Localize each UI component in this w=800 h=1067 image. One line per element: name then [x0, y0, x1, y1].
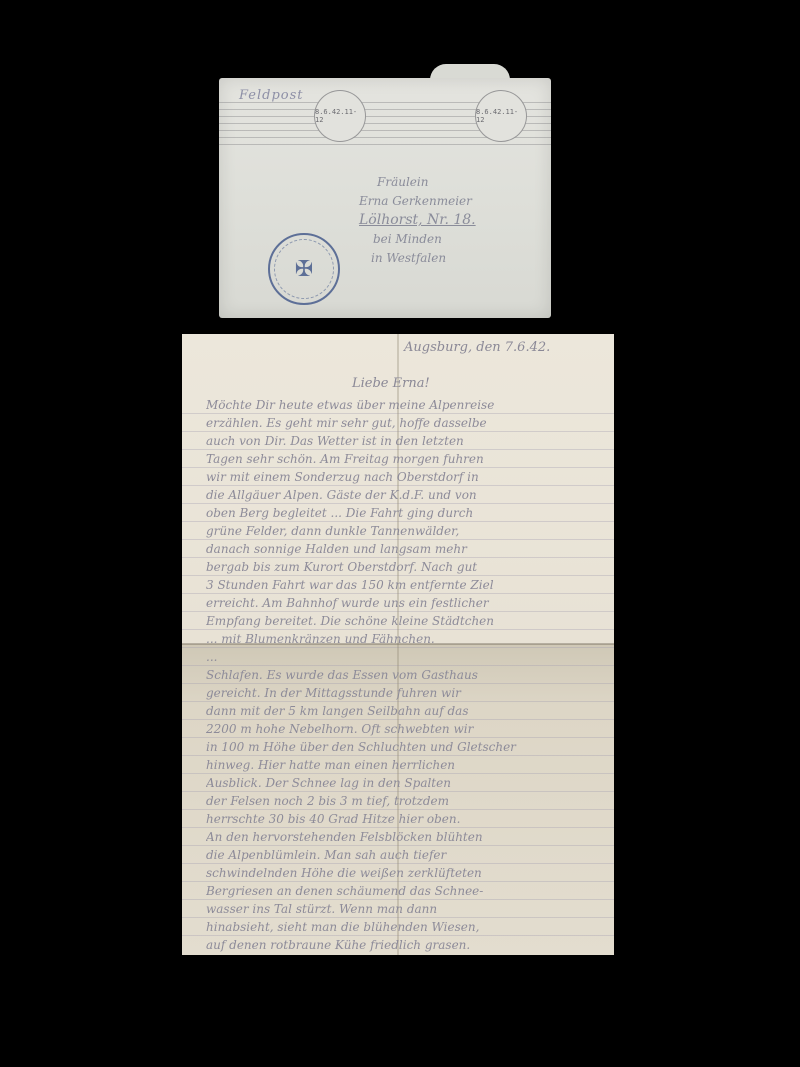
letter-line: die Allgäuer Alpen. Gäste der K.d.F. und…: [206, 486, 596, 504]
letter-line: Schlafen. Es wurde das Essen vom Gasthau…: [206, 666, 596, 684]
letter-line: Tagen sehr schön. Am Freitag morgen fuhr…: [206, 450, 596, 468]
envelope: Feldpost 8.6.42.11-12 8.6.42.11-12 Fräul…: [219, 78, 551, 318]
letter-line: Bergriesen an denen schäumend das Schnee…: [206, 882, 596, 900]
letter-line: gereicht. In der Mittagsstunde fuhren wi…: [206, 684, 596, 702]
letter-line: wir mit einem Sonderzug nach Oberstdorf …: [206, 468, 596, 486]
letter-salutation: Liebe Erna!: [352, 376, 430, 391]
letter-line: ... mit Blumenkränzen und Fähnchen.: [206, 630, 596, 648]
address-line: Fräulein: [359, 173, 539, 192]
letter-line: Möchte Dir heute etwas über meine Alpenr…: [206, 396, 596, 414]
postmark: 8.6.42.11-12: [314, 90, 366, 142]
letter-line: auf denen rotbraune Kühe friedlich grase…: [206, 936, 596, 954]
letter-line: 3 Stunden Fahrt war das 150 km entfernte…: [206, 576, 596, 594]
letter-line: Ausblick. Der Schnee lag in den Spalten: [206, 774, 596, 792]
letter-line: auch von Dir. Das Wetter ist in den letz…: [206, 432, 596, 450]
letter-line: oben Berg begleitet ... Die Fahrt ging d…: [206, 504, 596, 522]
letter-line: grüne Felder, dann dunkle Tannenwälder,: [206, 522, 596, 540]
address-line: bei Minden: [359, 230, 539, 249]
handwritten-letter: Augsburg, den 7.6.42. Liebe Erna! Möchte…: [182, 334, 614, 955]
letter-line: in 100 m Höhe über den Schluchten und Gl…: [206, 738, 596, 756]
postmark: 8.6.42.11-12: [475, 90, 527, 142]
address-line: in Westfalen: [359, 249, 539, 268]
letter-body: Möchte Dir heute etwas über meine Alpenr…: [206, 396, 596, 954]
letter-place-date: Augsburg, den 7.6.42.: [404, 340, 550, 355]
letter-line: Empfang bereitet. Die schöne kleine Städ…: [206, 612, 596, 630]
letter-line: erreicht. Am Bahnhof wurde uns ein festl…: [206, 594, 596, 612]
letter-line: 2200 m hohe Nebelhorn. Oft schwebten wir: [206, 720, 596, 738]
address-line: Lölhorst, Nr. 18.: [359, 211, 539, 230]
letter-line: herrschte 30 bis 40 Grad Hitze hier oben…: [206, 810, 596, 828]
letter-line: bergab bis zum Kurort Oberstdorf. Nach g…: [206, 558, 596, 576]
official-seal-stamp: ✠: [268, 233, 340, 305]
letter-line: die Alpenblümlein. Man sah auch tiefer: [206, 846, 596, 864]
letter-line: schwindelnden Höhe die weißen zerklüftet…: [206, 864, 596, 882]
letter-line: wasser ins Tal stürzt. Wenn man dann: [206, 900, 596, 918]
letter-line: An den hervorstehenden Felsblöcken blüht…: [206, 828, 596, 846]
letter-line: dann mit der 5 km langen Seilbahn auf da…: [206, 702, 596, 720]
recipient-address: Fräulein Erna Gerkenmeier Lölhorst, Nr. …: [359, 173, 539, 268]
letter-line: erzählen. Es geht mir sehr gut, hoffe da…: [206, 414, 596, 432]
letter-line: hinweg. Hier hatte man einen herrlichen: [206, 756, 596, 774]
letter-line: ...: [206, 648, 596, 666]
address-line: Erna Gerkenmeier: [359, 192, 539, 211]
feldpost-label: Feldpost: [239, 88, 304, 103]
letter-line: der Felsen noch 2 bis 3 m tief, trotzdem: [206, 792, 596, 810]
letter-line: hinabsieht, sieht man die blühenden Wies…: [206, 918, 596, 936]
letter-line: danach sonnige Halden und langsam mehr: [206, 540, 596, 558]
